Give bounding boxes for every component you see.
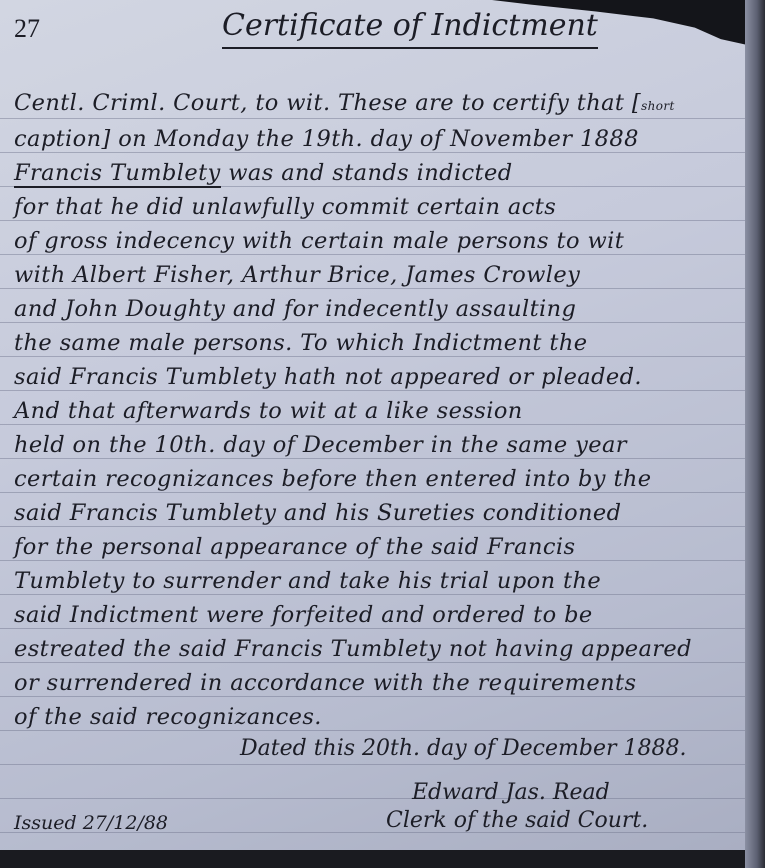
body-line-14: for the personal appearance of the said …	[14, 534, 575, 560]
ruled-line	[0, 798, 752, 799]
body-line-3: Francis Tumblety was and stands indicted	[14, 160, 513, 186]
ruled-line	[0, 696, 752, 697]
body-line-11: held on the 10th. day of December in the…	[14, 432, 627, 458]
body-line-13: said Francis Tumblety and his Sureties c…	[14, 500, 621, 526]
ruled-line	[0, 220, 752, 221]
clerk-signature: Edward Jas. Read	[412, 780, 610, 805]
body-line-2: caption] on Monday the 19th. day of Nove…	[14, 126, 639, 152]
ruled-line	[0, 492, 752, 493]
ruled-line	[0, 356, 752, 357]
body-line-10: And that afterwards to wit at a like ses…	[14, 398, 523, 424]
ruled-line	[0, 288, 752, 289]
body-line-15: Tumblety to surrender and take his trial…	[14, 568, 601, 594]
page-title: Certificate of Indictment	[222, 8, 598, 49]
body-line-6: with Albert Fisher, Arthur Brice, James …	[14, 262, 580, 288]
body-line-18: or surrendered in accordance with the re…	[14, 670, 636, 696]
issued-note: Issued 27/12/88	[14, 812, 168, 834]
ruled-line	[0, 254, 752, 255]
court-caption-text: Centl. Criml. Court, to wit. These are t…	[14, 90, 641, 116]
ruled-line	[0, 526, 752, 527]
marginal-note: short	[641, 99, 675, 113]
ruled-line	[0, 458, 752, 459]
ruled-line	[0, 152, 752, 153]
body-line-12: certain recognizances before then entere…	[14, 466, 652, 492]
ruled-line	[0, 594, 752, 595]
date-line: Dated this 20th. day of December 1888.	[240, 736, 686, 761]
ruled-line	[0, 118, 752, 119]
ruled-line	[0, 662, 752, 663]
body-line-19: of the said recognizances.	[14, 704, 322, 730]
body-line-4: for that he did unlawfully commit certai…	[14, 194, 556, 220]
body-line-17: estreated the said Francis Tumblety not …	[14, 636, 692, 662]
ledger-page: 27 Certificate of Indictment Centl. Crim…	[0, 0, 752, 850]
page-number: 27	[14, 14, 40, 44]
ruled-line	[0, 322, 752, 323]
body-line-7: and John Doughty and for indecently assa…	[14, 296, 576, 322]
book-spine-edge	[745, 0, 765, 868]
defendant-name: Francis Tumblety	[14, 160, 221, 188]
ruled-line	[0, 390, 752, 391]
ruled-line	[0, 628, 752, 629]
body-line-5: of gross indecency with certain male per…	[14, 228, 624, 254]
body-line-9: said Francis Tumblety hath not appeared …	[14, 364, 642, 390]
body-line-1: Centl. Criml. Court, to wit. These are t…	[14, 90, 675, 116]
body-line-8: the same male persons. To which Indictme…	[14, 330, 587, 356]
clerk-title: Clerk of the said Court.	[386, 808, 648, 833]
ruled-line	[0, 424, 752, 425]
indictment-text: was and stands indicted	[221, 160, 513, 186]
ruled-line	[0, 730, 752, 731]
ruled-line	[0, 764, 752, 765]
body-line-16: said Indictment were forfeited and order…	[14, 602, 593, 628]
ruled-line	[0, 560, 752, 561]
